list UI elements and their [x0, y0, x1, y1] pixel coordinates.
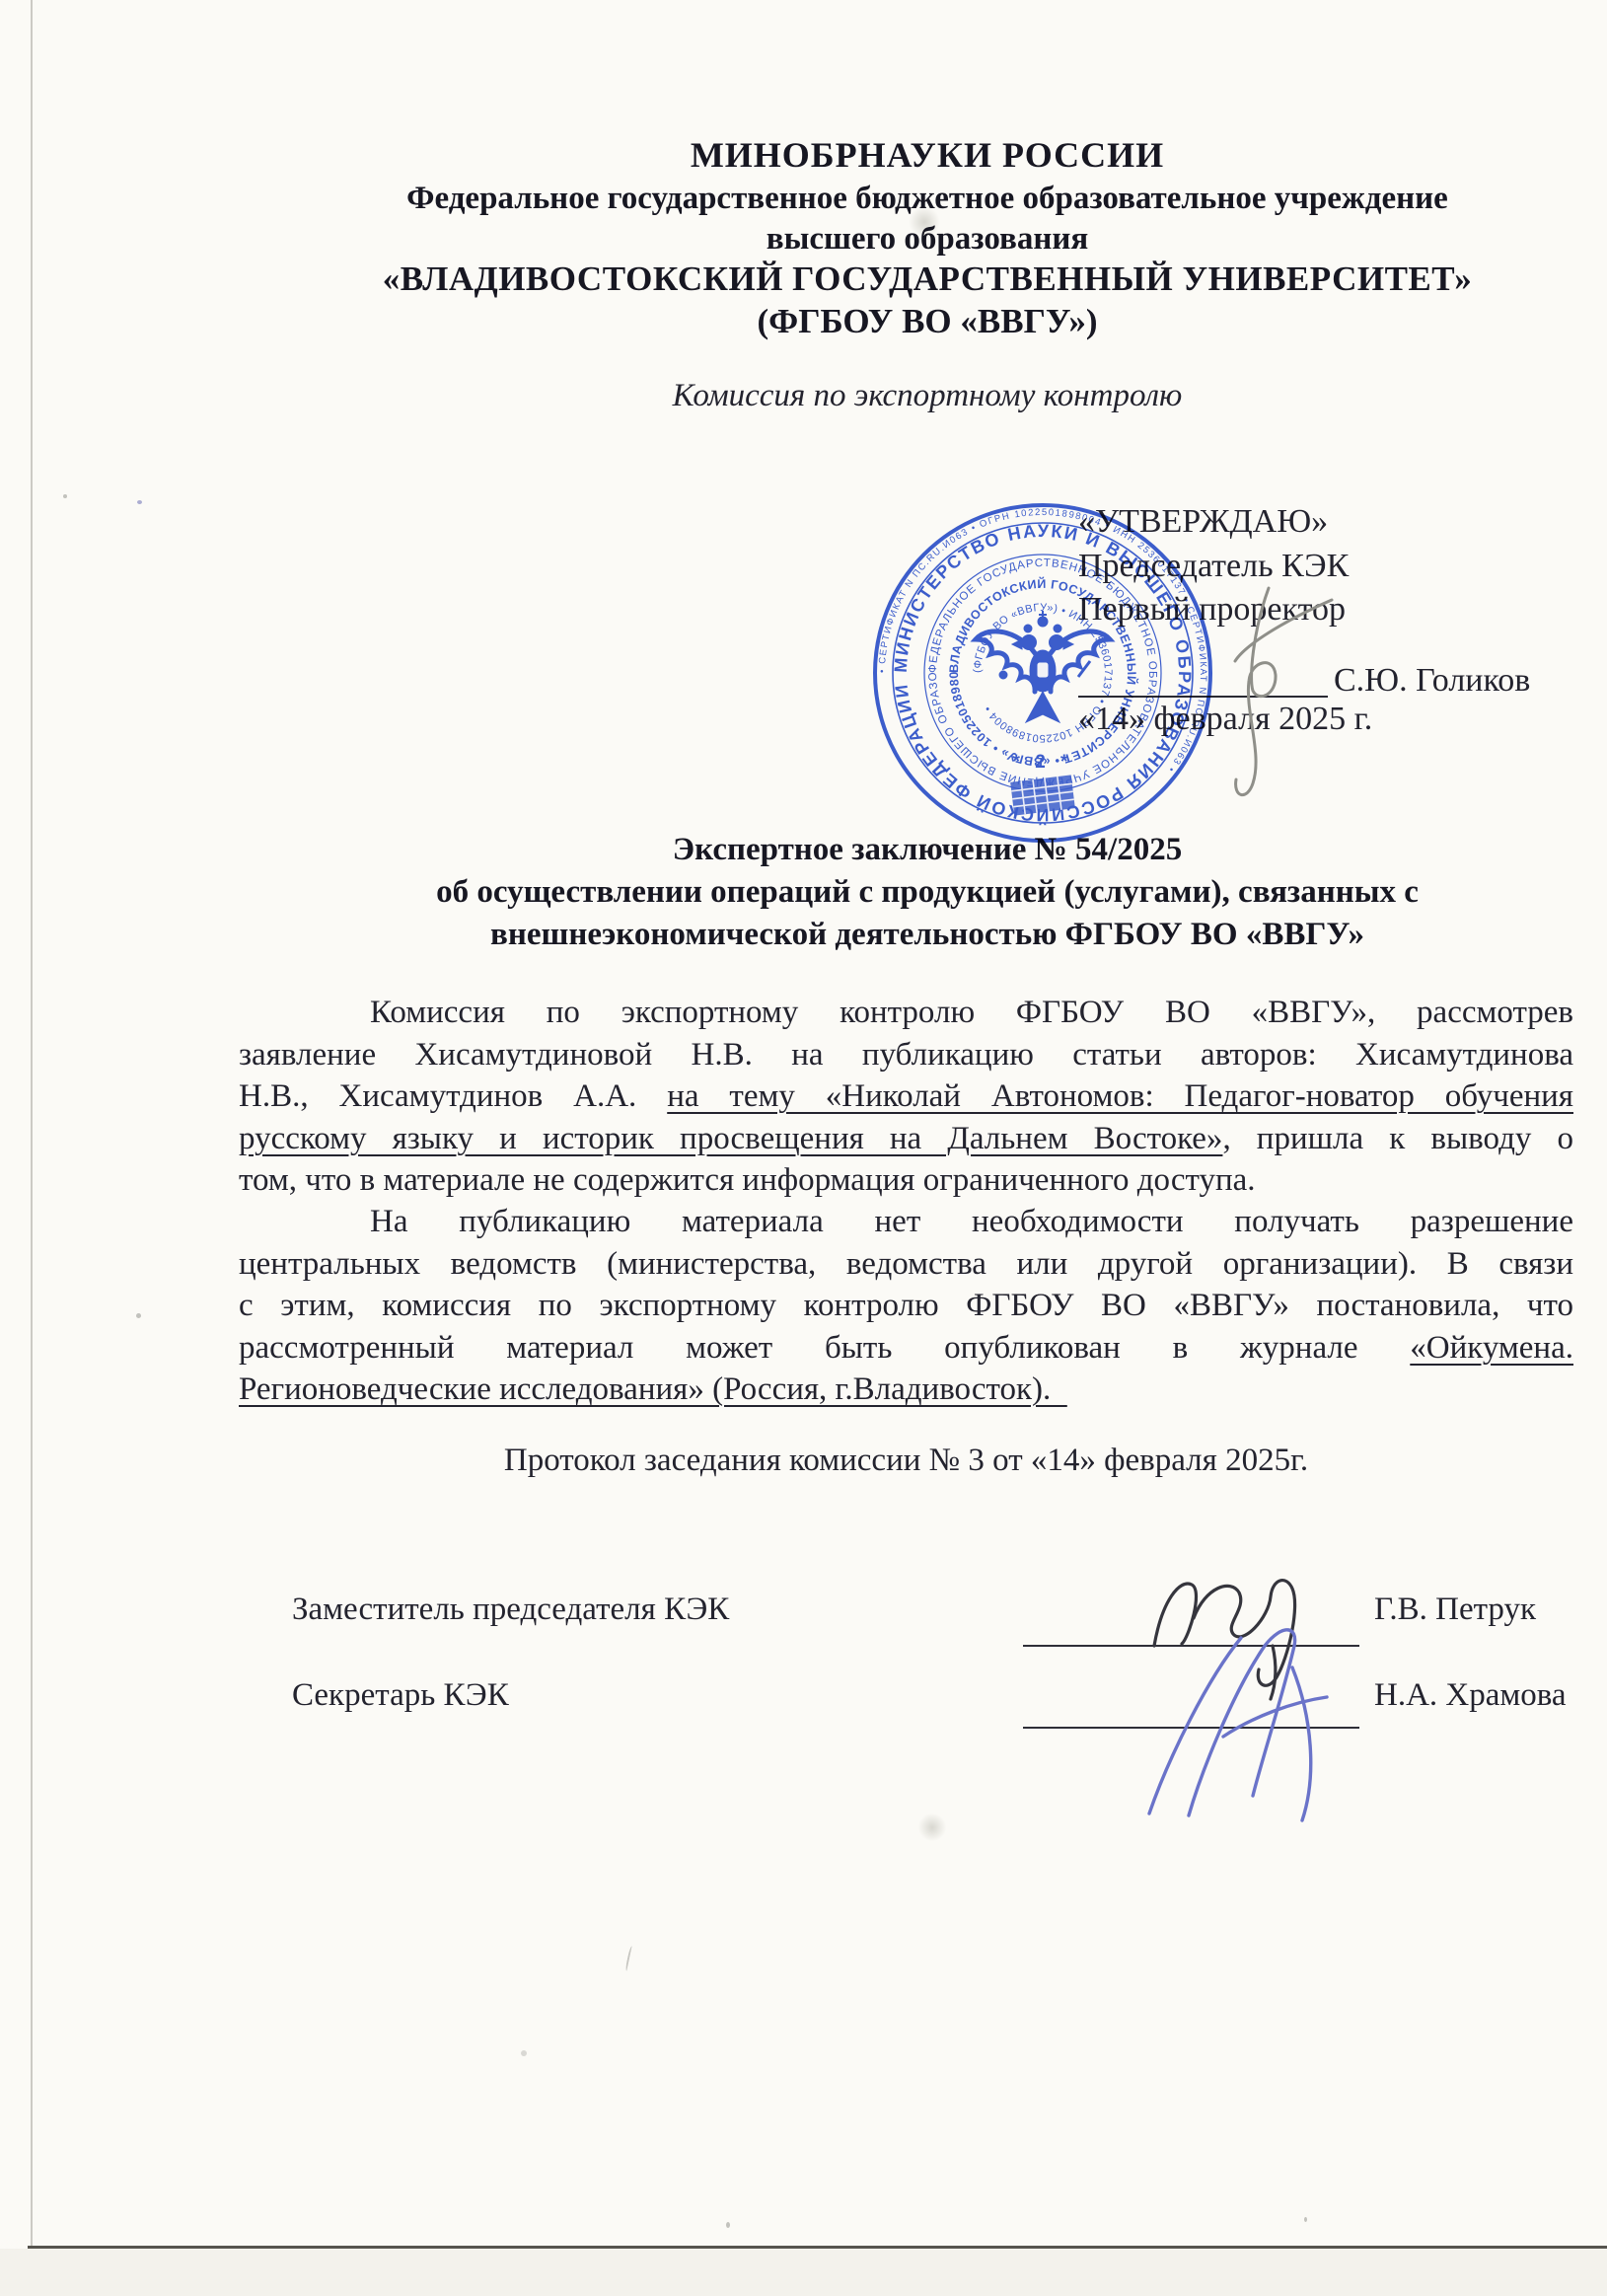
text-line: русскому языку и историк просвещения на …	[239, 1121, 1573, 1163]
text-line: Комиссия по экспортному контролю ФГБОУ В…	[239, 995, 1573, 1037]
scan-speck	[726, 2222, 730, 2228]
university-abbreviation: (ФГБОУ ВО «ВВГУ»)	[212, 302, 1607, 341]
scan-speck	[1304, 2217, 1307, 2222]
institution-line: Федеральное государственное бюджетное об…	[212, 181, 1607, 217]
title-line-2: об осуществлении операций с продукцией (…	[212, 871, 1607, 914]
paper-left-edge	[31, 0, 33, 2296]
paragraph-resolution: На публикацию материала нет необходимост…	[239, 1204, 1573, 1414]
deputy-chair-name: Г.В. Петрук	[1374, 1592, 1536, 1628]
text-line: с этим, комиссия по экспортному контролю…	[239, 1288, 1573, 1330]
stamp-center-number: * 2 *	[1013, 752, 1073, 773]
secretary-role-label: Секретарь КЭК	[292, 1677, 509, 1714]
secretary-name: Н.А. Храмова	[1374, 1677, 1567, 1714]
protocol-reference: Протокол заседания комиссии № 3 от «14» …	[239, 1443, 1573, 1479]
stray-pen-mark	[624, 1946, 633, 1971]
title-line-3: внешнеэкономической деятельностью ФГБОУ …	[212, 914, 1607, 956]
scanned-document-page: { "header": { "line1": "МИНОБРНАУКИ РОСС…	[0, 0, 1607, 2296]
scan-smudge	[917, 1814, 947, 1841]
text-line: На публикацию материала нет необходимост…	[239, 1204, 1573, 1246]
text-line: том, что в материале не содержится инфор…	[239, 1162, 1573, 1205]
document-title: Экспертное заключение № 54/2025 об осуще…	[212, 829, 1607, 956]
education-level-line: высшего образования	[212, 221, 1607, 258]
committee-name: Комиссия по экспортному контролю	[212, 378, 1607, 414]
scan-speck	[137, 500, 142, 504]
scan-speck	[521, 2050, 527, 2056]
scan-speck	[63, 494, 67, 498]
text-line: рассмотренный материал может быть опубли…	[239, 1330, 1573, 1372]
text-line: центральных ведомств (министерства, ведо…	[239, 1246, 1573, 1289]
text-line: заявление Хисамутдиновой Н.В. на публика…	[239, 1037, 1573, 1079]
text-line: Регионоведческие исследования» (Россия, …	[239, 1371, 1573, 1414]
text-line: Н.В., Хисамутдинов А.А. на тему «Николай…	[239, 1078, 1573, 1121]
secretary-pen-signature	[1115, 1618, 1361, 1830]
deputy-chair-role-label: Заместитель председателя КЭК	[292, 1592, 729, 1628]
university-name: «ВЛАДИВОСТОКСКИЙ ГОСУДАРСТВЕННЫЙ УНИВЕРС…	[212, 259, 1607, 299]
prorector-pen-signature	[1125, 553, 1401, 819]
ministry-name: МИНОБРНАУКИ РОССИИ	[212, 134, 1607, 176]
paragraph-conclusion: Комиссия по экспортному контролю ФГБОУ В…	[239, 995, 1573, 1205]
scan-speck	[136, 1313, 141, 1318]
scanner-background	[0, 2249, 1607, 2296]
